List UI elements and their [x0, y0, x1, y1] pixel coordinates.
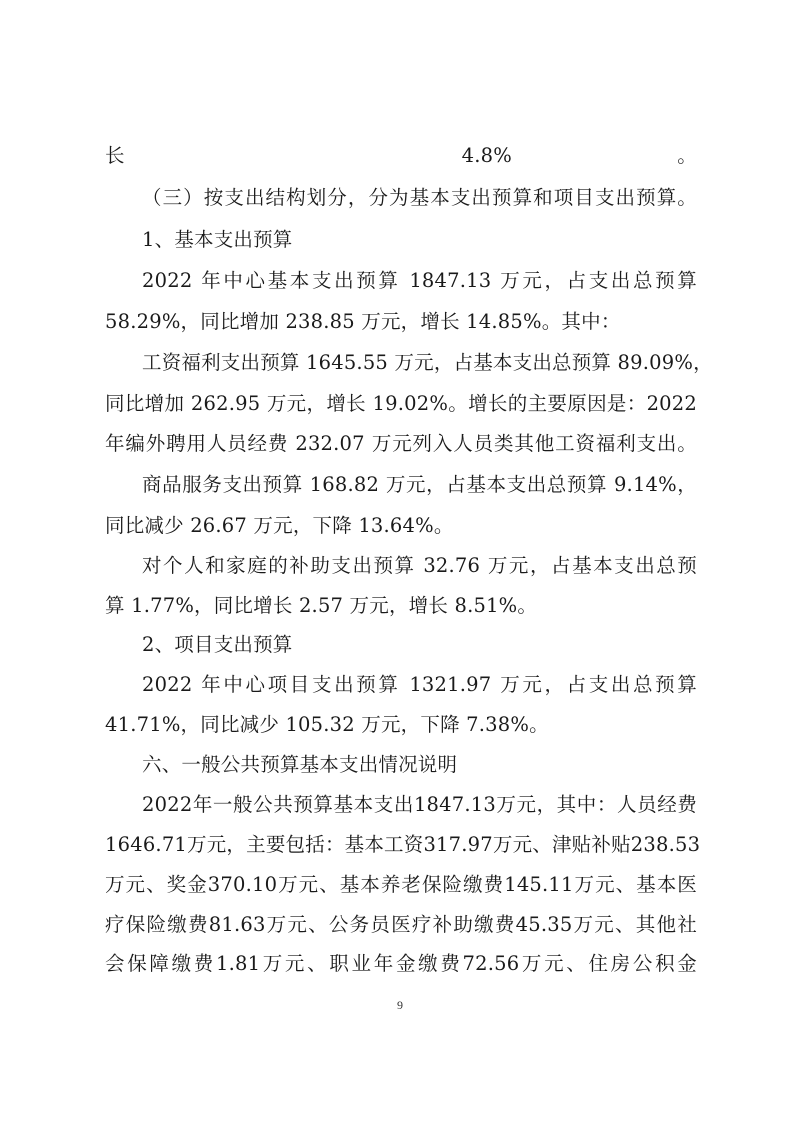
paragraph-wages-line-2: 同比增加 262.95 万元，增长 19.02%。增长的主要原因是：2022 — [105, 391, 697, 417]
paragraph-general-budget-line-3: 万元、奖金370.10万元、基本养老保险缴费145.11万元、基本医 — [105, 872, 697, 898]
paragraph-subsidies-line-1: 对个人和家庭的补助支出预算 32.76 万元，占基本支出总预 — [142, 553, 697, 579]
paragraph-general-budget-line-4: 疗保险缴费81.63万元、公务员医疗补助缴费45.35万元、其他社 — [105, 912, 697, 938]
paragraph-general-budget-line-5: 会保障缴费1.81万元、职业年金缴费72.56万元、住房公积金 — [105, 951, 697, 977]
paragraph-general-budget-line-1: 2022年一般公共预算基本支出1847.13万元，其中：人员经费 — [142, 792, 697, 818]
paragraph-project-expenditure-line-2: 41.71%，同比减少 105.32 万元，下降 7.38%。 — [105, 712, 697, 738]
paragraph-basic-expenditure-line-1: 2022 年中心基本支出预算 1847.13 万元，占支出总预算 — [142, 268, 697, 294]
paragraph-goods-services-line-1: 商品服务支出预算 168.82 万元，占基本支出总预算 9.14%， — [142, 472, 697, 498]
document-page: 长 4.8%。 （三）按支出结构划分，分为基本支出预算和项目支出预算。 1、基本… — [0, 0, 800, 1131]
paragraph-basic-expenditure-line-2: 58.29%，同比增加 238.85 万元，增长 14.85%。其中： — [105, 309, 697, 335]
subheading-project-expenditure: 2、项目支出预算 — [142, 632, 697, 658]
text-line-continuation: 长 4.8%。 — [105, 143, 697, 169]
section-heading-general-public-budget: 六、一般公共预算基本支出情况说明 — [142, 752, 697, 778]
paragraph-project-expenditure-line-1: 2022 年中心项目支出预算 1321.97 万元，占支出总预算 — [142, 672, 697, 698]
paragraph-goods-services-line-2: 同比减少 26.67 万元，下降 13.64%。 — [105, 513, 697, 539]
paragraph-general-budget-line-2: 1646.71万元，主要包括：基本工资317.97万元、津贴补贴238.53 — [105, 832, 697, 858]
subheading-basic-expenditure: 1、基本支出预算 — [142, 227, 697, 253]
page-number: 9 — [0, 998, 800, 1013]
paragraph-subsidies-line-2: 算 1.77%，同比增长 2.57 万元，增长 8.51%。 — [105, 593, 697, 619]
section-heading-expenditure-structure: （三）按支出结构划分，分为基本支出预算和项目支出预算。 — [142, 185, 697, 211]
paragraph-wages-line-1: 工资福利支出预算 1645.55 万元，占基本支出总预算 89.09%， — [142, 350, 697, 376]
paragraph-wages-line-3: 年编外聘用人员经费 232.07 万元列入人员类其他工资福利支出。 — [105, 431, 697, 457]
